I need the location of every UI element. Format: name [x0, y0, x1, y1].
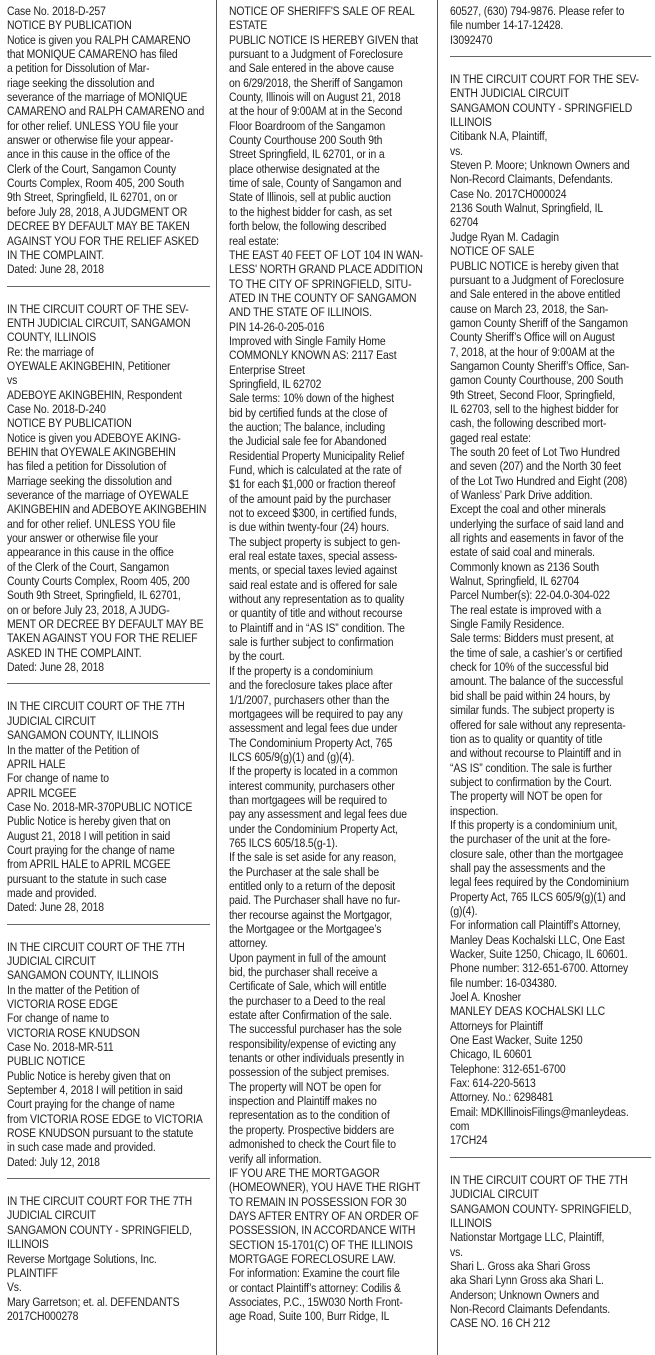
notice-text-line: IN THE COMPLAINT. [7, 248, 210, 262]
notice-text-line: Nationstar Mortgage LLC, Plaintiff, [450, 1230, 651, 1244]
notice-text-line: to Plaintiff and in “AS IS” condition. T… [229, 621, 433, 635]
notice-text-line: Case No. 2018-D-257 [7, 4, 210, 18]
notice-text-line: and without recourse to Plaintiff and in [450, 746, 651, 760]
notice-text-line: AGAINST YOU FOR THE RELIEF ASKED [7, 234, 210, 248]
notice-text-line: BEHIN that OYEWALE AKINGBEHIN [7, 445, 210, 459]
notice-text-line: from APRIL HALE to APRIL MCGEE [7, 857, 210, 871]
notice-text-line: paid. The Purchaser shall have no fur- [229, 893, 433, 907]
notice-text-line: Commonly known as 2136 South [450, 560, 651, 574]
notice-text-line: ASKED IN THE COMPLAINT. [7, 646, 210, 660]
notice-text-line: Certificate of Sale, which will entitle [229, 979, 433, 993]
notice-text-line: County Courts Complex, Room 405, 200 [7, 574, 210, 588]
notice-text-line: Except the coal and other minerals [450, 502, 651, 516]
notice-text-line: DECREE BY DEFAULT MAY BE TAKEN [7, 219, 210, 233]
legal-notice: IN THE CIRCUIT COURT FOR THE 7THJUDICIAL… [7, 1194, 210, 1323]
notice-text-line: cash, the following described mort- [450, 416, 651, 430]
notice-text-line: 2136 South Walnut, Springfield, IL [450, 201, 651, 215]
notice-text-line: Mary Garretson; et. al. DEFENDANTS [7, 1295, 210, 1309]
notice-text-line: to the highest bidder for cash, as set [229, 205, 433, 219]
notice-text-line: forth below, the following described [229, 219, 433, 233]
notice-text-line: Fax: 614-220-5613 [450, 1076, 651, 1090]
notice-text-line: CAMARENO and RALPH CAMARENO and [7, 104, 210, 118]
notice-text-line: LESS' NORTH GRAND PLACE ADDITION [229, 262, 433, 276]
notice-text-line: pursuant to a Judgment of Foreclosure [450, 273, 651, 287]
notice-text-line: Non-Record Claimants, Defendants. [450, 172, 651, 186]
notice-text-line: IL 62703, sell to the highest bidder for [450, 402, 651, 416]
notice-text-line: 60527, (630) 794-9876. Please refer to [450, 4, 651, 18]
notice-text-line: eral real estate taxes, special assess- [229, 549, 433, 563]
notice-text-line: and for other relief. UNLESS YOU file [7, 517, 210, 531]
notice-text-line: The real estate is improved with a [450, 603, 651, 617]
notice-text-line: IF YOU ARE THE MORTGAGOR [229, 1166, 433, 1180]
notice-text-line: VICTORIA ROSE KNUDSON [7, 1026, 210, 1040]
notice-text-line: For information: Examine the court file [229, 1266, 433, 1280]
notice-text-line: The Condominium Property Act, 765 [229, 736, 433, 750]
notice-text-line: place otherwise designated at the [229, 162, 433, 176]
notice-text-line: Single Family Residence. [450, 617, 651, 631]
notice-text-line: NOTICE BY PUBLICATION [7, 18, 210, 32]
notice-text-line: attorney. [229, 936, 433, 950]
legal-notice: NOTICE OF SHERIFF'S SALE OF REALESTATEPU… [229, 4, 433, 1324]
notice-text-line: without any representation as to quality [229, 592, 433, 606]
notice-text-line: Walnut, Springfield, IL 62704 [450, 574, 651, 588]
notice-text-line: cause on March 23, 2018, the San- [450, 302, 651, 316]
notice-text-line: Attorneys for Plaintiff [450, 1019, 651, 1033]
notice-text-line: and the foreclosure takes place after [229, 678, 433, 692]
notice-text-line: PLAINTIFF [7, 1266, 210, 1280]
notice-text-line: Joel A. Knosher [450, 990, 651, 1004]
notice-text-line: SANGAMON COUNTY- SPRINGFIELD, [450, 1202, 651, 1216]
notice-text-line: If the property is located in a common [229, 764, 433, 778]
notice-text-line: amount. The balance of the successful [450, 674, 651, 688]
notice-text-line: 2017CH000278 [7, 1309, 210, 1323]
notice-text-line: inspection and Plaintiff makes no [229, 1094, 433, 1108]
notice-text-line: In the matter of the Petition of [7, 743, 210, 757]
notice-text-line: shall pay the assessments and the [450, 861, 651, 875]
notice-text-line: aka Shari Lynn Gross aka Shari L. [450, 1273, 651, 1287]
notice-text-line: tion as to quality or quantity of title [450, 732, 651, 746]
notice-text-line: COUNTY, ILLINOIS [7, 330, 210, 344]
notice-text-line: APRIL MCGEE [7, 786, 210, 800]
notice-text-line: One East Wacker, Suite 1250 [450, 1033, 651, 1047]
notice-text-line: of the Lot Two Hundred and Eight (208) [450, 474, 651, 488]
notice-text-line: or contact Plaintiff’s attorney: Codilis… [229, 1281, 433, 1295]
notice-text-line: and Sale entered in the above cause [229, 61, 433, 75]
notice-text-line: Improved with Single Family Home [229, 334, 433, 348]
notice-text-line: “AS IS” condition. The sale is further [450, 761, 651, 775]
notice-text-line: tenants or other individuals presently i… [229, 1051, 433, 1065]
notice-text-line: JUDICIAL CIRCUIT [7, 1208, 210, 1222]
notice-text-line: Manley Deas Kochalski LLC, One East [450, 933, 651, 947]
notice-text-line: interest community, purchasers other [229, 779, 433, 793]
notice-text-line: PUBLIC NOTICE [7, 1054, 210, 1068]
notice-text-line: estate after Confirmation of the sale. [229, 1008, 433, 1022]
notice-text-line: ESTATE [229, 18, 433, 32]
notice-text-line: COMMONLY KNOWN AS: 2117 East [229, 348, 433, 362]
notice-text-line: the purchaser of the unit at the fore- [450, 832, 651, 846]
notice-text-line: vs. [450, 1245, 651, 1259]
notice-text-line: ments, or special taxes levied against [229, 563, 433, 577]
notice-text-line: on 6/29/2018, the Sheriff of Sangamon [229, 76, 433, 90]
notice-text-line: SANGAMON COUNTY, ILLINOIS [7, 968, 210, 982]
notice-text-line: or quantity of title and without recours… [229, 606, 433, 620]
notice-text-line: Email: MDKIllinoisFilings@manleydeas. [450, 1105, 651, 1119]
notice-text-line: said real estate and is offered for sale [229, 578, 433, 592]
notice-text-line: SANGAMON COUNTY - SPRINGFIELD [450, 101, 651, 115]
notice-text-line: Dated: June 28, 2018 [7, 900, 210, 914]
notice-text-line: Chicago, IL 60601 [450, 1047, 651, 1061]
notice-text-line: severance of the marriage of MONIQUE [7, 90, 210, 104]
notice-text-line: real estate: [229, 234, 433, 248]
notice-text-line: MANLEY DEAS KOCHALSKI LLC [450, 1004, 651, 1018]
column-1-content: Case No. 2018-D-257NOTICE BY PUBLICATION… [7, 4, 210, 1323]
notice-text-line: responsibility/expense of evicting any [229, 1037, 433, 1051]
notice-text-line: time of sale, County of Sangamon and [229, 176, 433, 190]
column-1: Case No. 2018-D-257NOTICE BY PUBLICATION… [0, 0, 216, 1355]
notice-text-line: The property will NOT be open for [229, 1080, 433, 1094]
notice-text-line: (HOMEOWNER), YOU HAVE THE RIGHT [229, 1180, 433, 1194]
notice-text-line: ILCS 605/9(g)(1) and (g)(4). [229, 750, 433, 764]
notice-text-line: and seven (207) and the North 30 feet [450, 459, 651, 473]
notice-text-line: DAYS AFTER ENTRY OF AN ORDER OF [229, 1209, 433, 1223]
notice-text-line: verify all information. [229, 1152, 433, 1166]
notice-text-line: ATED IN THE COUNTY OF SANGAMON [229, 291, 433, 305]
notice-text-line: APRIL HALE [7, 757, 210, 771]
notice-text-line: Dated: June 28, 2018 [7, 660, 210, 674]
notice-text-line: JUDICIAL CIRCUIT [7, 714, 210, 728]
notice-text-line: AND THE STATE OF ILLINOIS. [229, 305, 433, 319]
notice-text-line: Wacker, Suite 1250, Chicago, IL 60601. [450, 947, 651, 961]
notice-text-line: riage seeking the dissolution and [7, 76, 210, 90]
notice-text-line: sale is further subject to confirmation [229, 635, 433, 649]
notice-text-line: of Wanless’ Park Drive addition. [450, 488, 651, 502]
notice-text-line: Dated: July 12, 2018 [7, 1155, 210, 1169]
notice-text-line: before July 28, 2018, A JUDGMENT OR [7, 205, 210, 219]
notice-text-line: If this property is a condominium unit, [450, 818, 651, 832]
notice-text-line: possession of the subject premises. [229, 1065, 433, 1079]
notice-text-line: For change of name to [7, 771, 210, 785]
notice-text-line: on or before July 23, 2018, A JUDG- [7, 603, 210, 617]
notice-text-line: representation as to the condition of [229, 1108, 433, 1122]
notice-text-line: South 9th Street, Springfield, IL 62701, [7, 588, 210, 602]
notice-text-line: Marriage seeking the dissolution and [7, 474, 210, 488]
notice-text-line: OYEWALE AKINGBEHIN, Petitioner [7, 359, 210, 373]
legal-notice: 60527, (630) 794-9876. Please refer tofi… [450, 4, 651, 47]
notice-text-line: Property Act, 765 ILCS 605/9(g)(1) and [450, 890, 651, 904]
legal-notice: IN THE CIRCUIT COURT OF THE 7THJUDICIAL … [7, 699, 210, 914]
notice-text-line: ILLINOIS [450, 1216, 651, 1230]
notice-text-line: Case No. 2018-MR-511 [7, 1040, 210, 1054]
notice-text-line: ILLINOIS [7, 1237, 210, 1251]
notice-text-line: Public Notice is hereby given that on [7, 1069, 210, 1083]
notice-text-line: 7, 2018, at the hour of 9:00AM at the [450, 345, 651, 359]
notice-text-line: legal fees required by the Condominium [450, 875, 651, 889]
notice-text-line: Courts Complex, Room 405, 200 South [7, 176, 210, 190]
notice-text-line: NOTICE OF SHERIFF'S SALE OF REAL [229, 4, 433, 18]
notice-text-line: Springfield, IL 62702 [229, 377, 433, 391]
notice-text-line: JUDICIAL CIRCUIT [450, 1187, 651, 1201]
legal-notices-page: Case No. 2018-D-257NOTICE BY PUBLICATION… [0, 0, 655, 1355]
notice-text-line: VICTORIA ROSE EDGE [7, 997, 210, 1011]
notice-text-line: $1 for each $1,000 or fraction thereof [229, 477, 433, 491]
notice-text-line: that MONIQUE CAMARENO has filed [7, 47, 210, 61]
notice-text-line: Telephone: 312-651-6700 [450, 1062, 651, 1076]
notice-text-line: admonished to check the Court file to [229, 1137, 433, 1151]
notice-divider [7, 924, 210, 925]
notice-text-line: 9th Street, Springfield, IL 62701, on or [7, 190, 210, 204]
notice-text-line: closure sale, other than the mortgagee [450, 847, 651, 861]
notice-text-line: If the property is a condominium [229, 664, 433, 678]
notice-text-line: County Courthouse 200 South 9th [229, 133, 433, 147]
notice-text-line: ENTH JUDICIAL CIRCUIT, SANGAMON [7, 316, 210, 330]
notice-text-line: Notice is given you RALPH CAMARENO [7, 33, 210, 47]
notice-text-line: IN THE CIRCUIT COURT FOR THE 7TH [7, 1194, 210, 1208]
notice-text-line: the auction; The balance, including [229, 420, 433, 434]
notice-text-line: In the matter of the Petition of [7, 983, 210, 997]
notice-text-line: similar funds. The subject property is [450, 703, 651, 717]
notice-text-line: I3092470 [450, 33, 651, 47]
notice-text-line: underlying the surface of said land and [450, 517, 651, 531]
notice-text-line: Notice is given you ADEBOYE AKING- [7, 431, 210, 445]
notice-text-line: of the Clerk of the Court, Sangamon [7, 560, 210, 574]
notice-text-line: State of Illinois, sell at public auctio… [229, 190, 433, 204]
column-3: 60527, (630) 794-9876. Please refer tofi… [437, 0, 655, 1355]
notice-text-line: gamon County Courthouse, 200 South [450, 373, 651, 387]
notice-text-line: inspection. [450, 804, 651, 818]
notice-text-line: Sale terms: 10% down of the highest [229, 391, 433, 405]
notice-text-line: assessment and legal fees due under [229, 721, 433, 735]
notice-text-line: 17CH24 [450, 1133, 651, 1147]
notice-text-line: pay any assessment and legal fees due [229, 807, 433, 821]
notice-text-line: bid by certified funds at the close of [229, 406, 433, 420]
notice-text-line: not to exceed $300, in certified funds, [229, 506, 433, 520]
notice-text-line: Sangamon County Sheriff’s Office, San- [450, 359, 651, 373]
notice-text-line: gaged real estate: [450, 431, 651, 445]
notice-text-line: Court praying for the change of name [7, 1097, 210, 1111]
notice-text-line: than mortgagees will be required to [229, 793, 433, 807]
notice-text-line: For information call Plaintiff’s Attorne… [450, 918, 651, 932]
notice-text-line: answer or otherwise file your appear- [7, 133, 210, 147]
notice-text-line: Floor Boardroom of the Sangamon [229, 119, 433, 133]
notice-text-line: is due within twenty-four (24) hours. [229, 520, 433, 534]
notice-text-line: (g)(4). [450, 904, 651, 918]
notice-text-line: Court praying for the change of name [7, 843, 210, 857]
notice-text-line: mortgagees will be required to pay any [229, 707, 433, 721]
notice-text-line: Non-Record Claimants Defendants. [450, 1302, 651, 1316]
notice-text-line: your answer or otherwise file your [7, 531, 210, 545]
notice-text-line: IN THE CIRCUIT COURT OF THE 7TH [450, 1173, 651, 1187]
legal-notice: Case No. 2018-D-257NOTICE BY PUBLICATION… [7, 4, 210, 277]
notice-divider [7, 286, 210, 287]
notice-text-line: of the amount paid by the purchaser [229, 492, 433, 506]
notice-text-line: has filed a petition for Dissolution of [7, 459, 210, 473]
notice-divider [7, 1178, 210, 1179]
notice-text-line: Street Springfield, IL 62701, or in a [229, 147, 433, 161]
notice-text-line: the purchaser to a Deed to the real [229, 994, 433, 1008]
notice-text-line: The south 20 feet of Lot Two Hundred [450, 445, 651, 459]
notice-text-line: MORTGAGE FORECLOSURE LAW. [229, 1252, 433, 1266]
notice-text-line: all rights and easements in favor of the [450, 531, 651, 545]
notice-text-line: gamon County Sheriff of the Sangamon [450, 316, 651, 330]
notice-text-line: Dated: June 28, 2018 [7, 262, 210, 276]
notice-text-line: severance of the marriage of OYEWALE [7, 488, 210, 502]
notice-text-line: Public Notice is hereby given that on [7, 814, 210, 828]
notice-text-line: entitled only to a return of the deposit [229, 879, 433, 893]
notice-text-line: the Mortgagee or the Mortgagee’s [229, 922, 433, 936]
notice-text-line: vs [7, 373, 210, 387]
column-3-content: 60527, (630) 794-9876. Please refer tofi… [450, 4, 651, 1331]
notice-text-line: ADEBOYE AKINGBEHIN, Respondent [7, 388, 210, 402]
notice-text-line: MENT OR DECREE BY DEFAULT MAY BE [7, 617, 210, 631]
column-2-content: NOTICE OF SHERIFF'S SALE OF REALESTATEPU… [229, 4, 433, 1324]
notice-text-line: THE EAST 40 FEET OF LOT 104 IN WAN- [229, 248, 433, 262]
notice-text-line: Citibank N.A, Plaintiff, [450, 129, 651, 143]
notice-text-line: Case No. 2018-D-240 [7, 402, 210, 416]
legal-notice: IN THE CIRCUIT COURT OF THE 7THJUDICIAL … [7, 940, 210, 1170]
notice-text-line: check for 10% of the successful bid [450, 660, 651, 674]
notice-text-line: Reverse Mortgage Solutions, Inc. [7, 1252, 210, 1266]
notice-text-line: NOTICE OF SALE [450, 244, 651, 258]
notice-text-line: Anderson; Unknown Owners and [450, 1288, 651, 1302]
notice-text-line: at the hour of 9:00AM at in the Second [229, 104, 433, 118]
notice-text-line: ther recourse against the Mortgagor, [229, 908, 433, 922]
notice-text-line: vs. [450, 144, 651, 158]
notice-text-line: subject to confirmation by the Court. [450, 775, 651, 789]
notice-text-line: PIN 14-26-0-205-016 [229, 320, 433, 334]
notice-text-line: file number 14-17-12428. [450, 18, 651, 32]
notice-text-line: Phone number: 312-651-6700. Attorney [450, 961, 651, 975]
notice-text-line: CASE NO. 16 CH 212 [450, 1316, 651, 1330]
notice-text-line: If the sale is set aside for any reason, [229, 850, 433, 864]
notice-text-line: NOTICE BY PUBLICATION [7, 416, 210, 430]
notice-text-line: Sale terms: Bidders must present, at [450, 631, 651, 645]
notice-text-line: The subject property is subject to gen- [229, 535, 433, 549]
notice-text-line: in such case made and provided. [7, 1140, 210, 1154]
notice-text-line: JUDICIAL CIRCUIT [7, 954, 210, 968]
notice-text-line: TAKEN AGAINST YOU FOR THE RELIEF [7, 631, 210, 645]
notice-text-line: IN THE CIRCUIT COURT OF THE 7TH [7, 940, 210, 954]
notice-text-line: ance in this cause in the office of the [7, 147, 210, 161]
notice-text-line: Case No. 2017CH000024 [450, 187, 651, 201]
notice-text-line: Enterprise Street [229, 363, 433, 377]
notice-text-line: Re: the marriage of [7, 345, 210, 359]
notice-text-line: Parcel Number(s): 22-04.0-304-022 [450, 588, 651, 602]
notice-text-line: County, Illinois will on August 21, 2018 [229, 90, 433, 104]
notice-text-line: under the Condominium Property Act, [229, 822, 433, 836]
legal-notice: IN THE CIRCUIT COURT FOR THE SEV-ENTH JU… [450, 72, 651, 1148]
notice-text-line: IN THE CIRCUIT COURT OF THE SEV- [7, 302, 210, 316]
notice-text-line: August 21, 2018 I will petition in said [7, 829, 210, 843]
notice-text-line: estate of said coal and minerals. [450, 545, 651, 559]
notice-divider [7, 683, 210, 684]
notice-text-line: for other relief. UNLESS YOU file your [7, 119, 210, 133]
notice-text-line: from VICTORIA ROSE EDGE to VICTORIA [7, 1112, 210, 1126]
notice-text-line: offered for sale without any representa- [450, 718, 651, 732]
notice-text-line: made and provided. [7, 886, 210, 900]
notice-text-line: file number: 16-034380. [450, 976, 651, 990]
notice-text-line: Clerk of the Court, Sangamon County [7, 162, 210, 176]
notice-text-line: Case No. 2018-MR-370PUBLIC NOTICE [7, 800, 210, 814]
notice-text-line: the time of sale, a cashier’s or certifi… [450, 646, 651, 660]
notice-text-line: and Sale entered in the above entitled [450, 287, 651, 301]
notice-text-line: Attorney. No.: 6298481 [450, 1090, 651, 1104]
notice-text-line: Fund, which is calculated at the rate of [229, 463, 433, 477]
notice-text-line: SANGAMON COUNTY - SPRINGFIELD, [7, 1223, 210, 1237]
notice-text-line: IN THE CIRCUIT COURT FOR THE SEV- [450, 72, 651, 86]
notice-text-line: 765 ILCS 605/18.5(g-1). [229, 836, 433, 850]
notice-text-line: PUBLIC NOTICE is hereby given that [450, 259, 651, 273]
notice-text-line: POSSESSION, IN ACCORDANCE WITH [229, 1223, 433, 1237]
column-2: NOTICE OF SHERIFF'S SALE OF REALESTATEPU… [216, 0, 437, 1355]
notice-text-line: the Judicial sale fee for Abandoned [229, 434, 433, 448]
notice-text-line: Judge Ryan M. Cadagin [450, 230, 651, 244]
notice-text-line: ENTH JUDICIAL CIRCUIT [450, 86, 651, 100]
notice-text-line: 1/1/2007, purchasers other than the [229, 693, 433, 707]
notice-text-line: Associates, P.C., 15W030 North Front- [229, 1295, 433, 1309]
notice-divider [450, 56, 651, 57]
notice-text-line: TO REMAIN IN POSSESSION FOR 30 [229, 1195, 433, 1209]
notice-text-line: SANGAMON COUNTY, ILLINOIS [7, 728, 210, 742]
notice-text-line: 62704 [450, 215, 651, 229]
legal-notice: IN THE CIRCUIT COURT OF THE 7THJUDICIAL … [450, 1173, 651, 1331]
notice-text-line: pursuant to a Judgment of Foreclosure [229, 47, 433, 61]
notice-text-line: Residential Property Municipality Relief [229, 449, 433, 463]
notice-text-line: Upon payment in full of the amount [229, 951, 433, 965]
notice-text-line: PUBLIC NOTICE IS HEREBY GIVEN that [229, 33, 433, 47]
notice-text-line: County Sheriff’s Office will on August [450, 330, 651, 344]
notice-text-line: by the court. [229, 649, 433, 663]
notice-text-line: The successful purchaser has the sole [229, 1022, 433, 1036]
notice-divider [450, 1157, 651, 1158]
notice-text-line: TO THE CITY OF SPRINGFIELD, SITU- [229, 277, 433, 291]
notice-text-line: pursuant to the statute in such case [7, 872, 210, 886]
notice-text-line: For change of name to [7, 1011, 210, 1025]
notice-text-line: bid shall be paid within 24 hours, by [450, 689, 651, 703]
notice-text-line: Steven P. Moore; Unknown Owners and [450, 158, 651, 172]
notice-text-line: SECTION 15-1701(C) OF THE ILLINOIS [229, 1238, 433, 1252]
notice-text-line: AKINGBEHIN and ADEBOYE AKINGBEHIN [7, 502, 210, 516]
notice-text-line: ROSE KNUDSON pursuant to the statute [7, 1126, 210, 1140]
notice-text-line: a petition for Dissolution of Mar- [7, 61, 210, 75]
notice-text-line: appearance in this cause in the office [7, 545, 210, 559]
notice-text-line: com [450, 1119, 651, 1133]
notice-text-line: 9th Street, Second Floor, Springfield, [450, 388, 651, 402]
notice-text-line: ILLINOIS [450, 115, 651, 129]
legal-notice: IN THE CIRCUIT COURT OF THE SEV-ENTH JUD… [7, 302, 210, 675]
notice-text-line: the Purchaser at the sale shall be [229, 865, 433, 879]
notice-text-line: September 4, 2018 I will petition in sai… [7, 1083, 210, 1097]
notice-text-line: Vs. [7, 1280, 210, 1294]
notice-text-line: the property. Prospective bidders are [229, 1123, 433, 1137]
notice-text-line: IN THE CIRCUIT COURT OF THE 7TH [7, 699, 210, 713]
notice-text-line: bid, the purchaser shall receive a [229, 965, 433, 979]
notice-text-line: The property will NOT be open for [450, 789, 651, 803]
notice-text-line: Shari L. Gross aka Shari Gross [450, 1259, 651, 1273]
notice-text-line: age Road, Suite 100, Burr Ridge, IL [229, 1309, 433, 1323]
